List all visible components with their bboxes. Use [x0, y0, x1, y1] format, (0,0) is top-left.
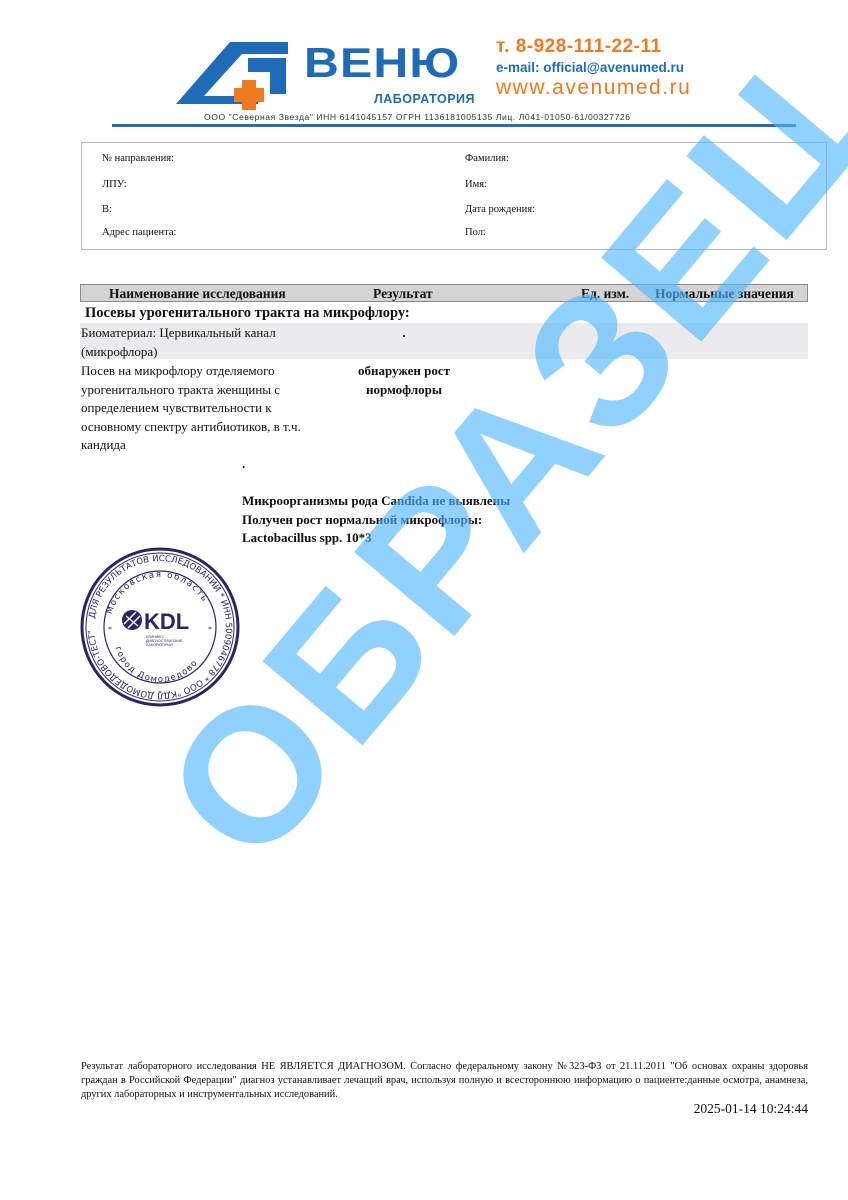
section-title: Посевы урогенитального тракта на микрофл… [85, 305, 410, 322]
letterhead: ВЕНЮ ЛАБОРАТОРИЯ т. 8-928-111-22-11 e-ma… [112, 28, 800, 130]
registration-line: ООО "Северная Звезда" ИНН 6141045157 ОГР… [204, 112, 631, 122]
svg-text:*: * [208, 625, 212, 634]
field-lpu: ЛПУ: [102, 179, 127, 190]
contact-phone: т. 8-928-111-22-11 [496, 36, 691, 58]
svg-text:KDL: KDL [144, 609, 189, 634]
disclaimer-text: Результат лабораторного исследования НЕ … [81, 1060, 808, 1103]
contact-website: www.avenumed.ru [496, 76, 691, 100]
field-referral-number: № направления: [102, 153, 174, 164]
contacts: т. 8-928-111-22-11 e-mail: official@aven… [496, 36, 691, 100]
kdl-stamp: ДЛЯ РЕЗУЛЬТАТОВ ИССЛЕДОВАНИЙ * ИНН 50090… [80, 546, 240, 708]
aveniu-logo: ВЕНЮ ЛАБОРАТОРИЯ [176, 38, 446, 108]
field-birth-date: Дата рождения: [465, 204, 535, 215]
table-row-biomaterial-result: . [354, 324, 454, 343]
column-unit: Ед. изм. [581, 285, 629, 302]
table-row-culture-result: обнаружен рост нормофлоры [340, 362, 468, 399]
brand-subtitle: ЛАБОРАТОРИЯ [374, 92, 475, 106]
table-row-culture-name: Посев на микрофлору отделяемого урогенит… [81, 362, 309, 455]
logo-a-plus-icon [176, 38, 306, 110]
results-table-header: Наименование исследования Результат Ед. … [80, 284, 808, 302]
svg-text:*: * [158, 689, 162, 698]
column-result: Результат [373, 285, 433, 302]
patient-info-box: № направления: ЛПУ: В: Адрес пациента: Ф… [81, 142, 827, 250]
column-test-name: Наименование исследования [109, 285, 286, 302]
comment-line: Получен рост нормальной микрофлоры: [242, 511, 510, 530]
separator-dot: . [242, 456, 245, 472]
contact-email: e-mail: official@avenumed.ru [496, 59, 691, 76]
svg-text:*: * [108, 625, 112, 634]
comment-line: Микроорганизмы рода Candida не выявлены [242, 492, 510, 511]
comment-line: Lactobacillus spp. 10*3 [242, 529, 510, 548]
field-surname: Фамилия: [465, 153, 509, 164]
report-timestamp: 2025-01-14 10:24:44 [694, 1101, 808, 1117]
svg-text:город Домодедово: город Домодедово [112, 645, 200, 685]
field-sex: Пол: [465, 227, 486, 238]
column-normal-values: Нормальные значения [655, 285, 794, 302]
stamp-seal-icon: ДЛЯ РЕЗУЛЬТАТОВ ИССЛЕДОВАНИЙ * ИНН 50090… [80, 546, 240, 708]
header-divider [112, 124, 796, 127]
field-v: В: [102, 204, 112, 215]
field-first-name: Имя: [465, 179, 487, 190]
brand-name: ВЕНЮ [304, 42, 460, 84]
result-comments: Микроорганизмы рода Candida не выявлены … [242, 492, 510, 548]
field-patient-address: Адрес пациента: [102, 227, 176, 238]
svg-text:ЛАБОРАТОРИИ: ЛАБОРАТОРИИ [146, 643, 173, 647]
table-row-biomaterial-name: Биоматериал: Цервикальный канал (микрофл… [81, 324, 306, 361]
